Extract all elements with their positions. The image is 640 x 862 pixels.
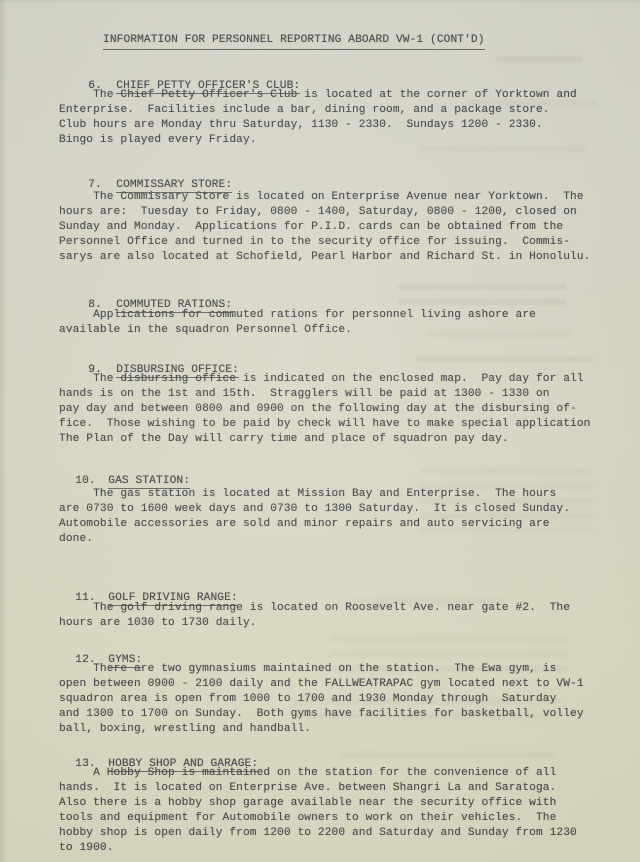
section-paragraph-disbursing-office: The disbursing office is indicated on th…: [59, 372, 625, 447]
section-paragraph-gyms: There are two gymnasiums maintained on t…: [59, 662, 625, 737]
section-paragraph-commuted-rations: Applications for commuted rations for pe…: [59, 308, 625, 338]
bleedthrough-smudge: [496, 56, 582, 68]
scanned-document-page: INFORMATION FOR PERSONNEL REPORTING ABOA…: [0, 0, 640, 862]
bleedthrough-smudge: [398, 284, 566, 308]
section-paragraph-commissary-store: The Commissary Store is located on Enter…: [59, 190, 625, 265]
document-title: INFORMATION FOR PERSONNEL REPORTING ABOA…: [103, 33, 485, 50]
section-paragraph-golf-driving-range: The golf driving range is located on Roo…: [59, 601, 625, 631]
bleedthrough-smudge: [340, 752, 556, 765]
section-paragraph-cpo-club: The Chief Petty Officer's Club is locate…: [59, 88, 625, 148]
section-paragraph-gas-station: The gas station is located at Mission Ba…: [59, 487, 625, 547]
section-paragraph-hobby-shop: A Hobby Shop is maintained on the statio…: [59, 766, 625, 856]
bleedthrough-smudge: [416, 356, 592, 370]
